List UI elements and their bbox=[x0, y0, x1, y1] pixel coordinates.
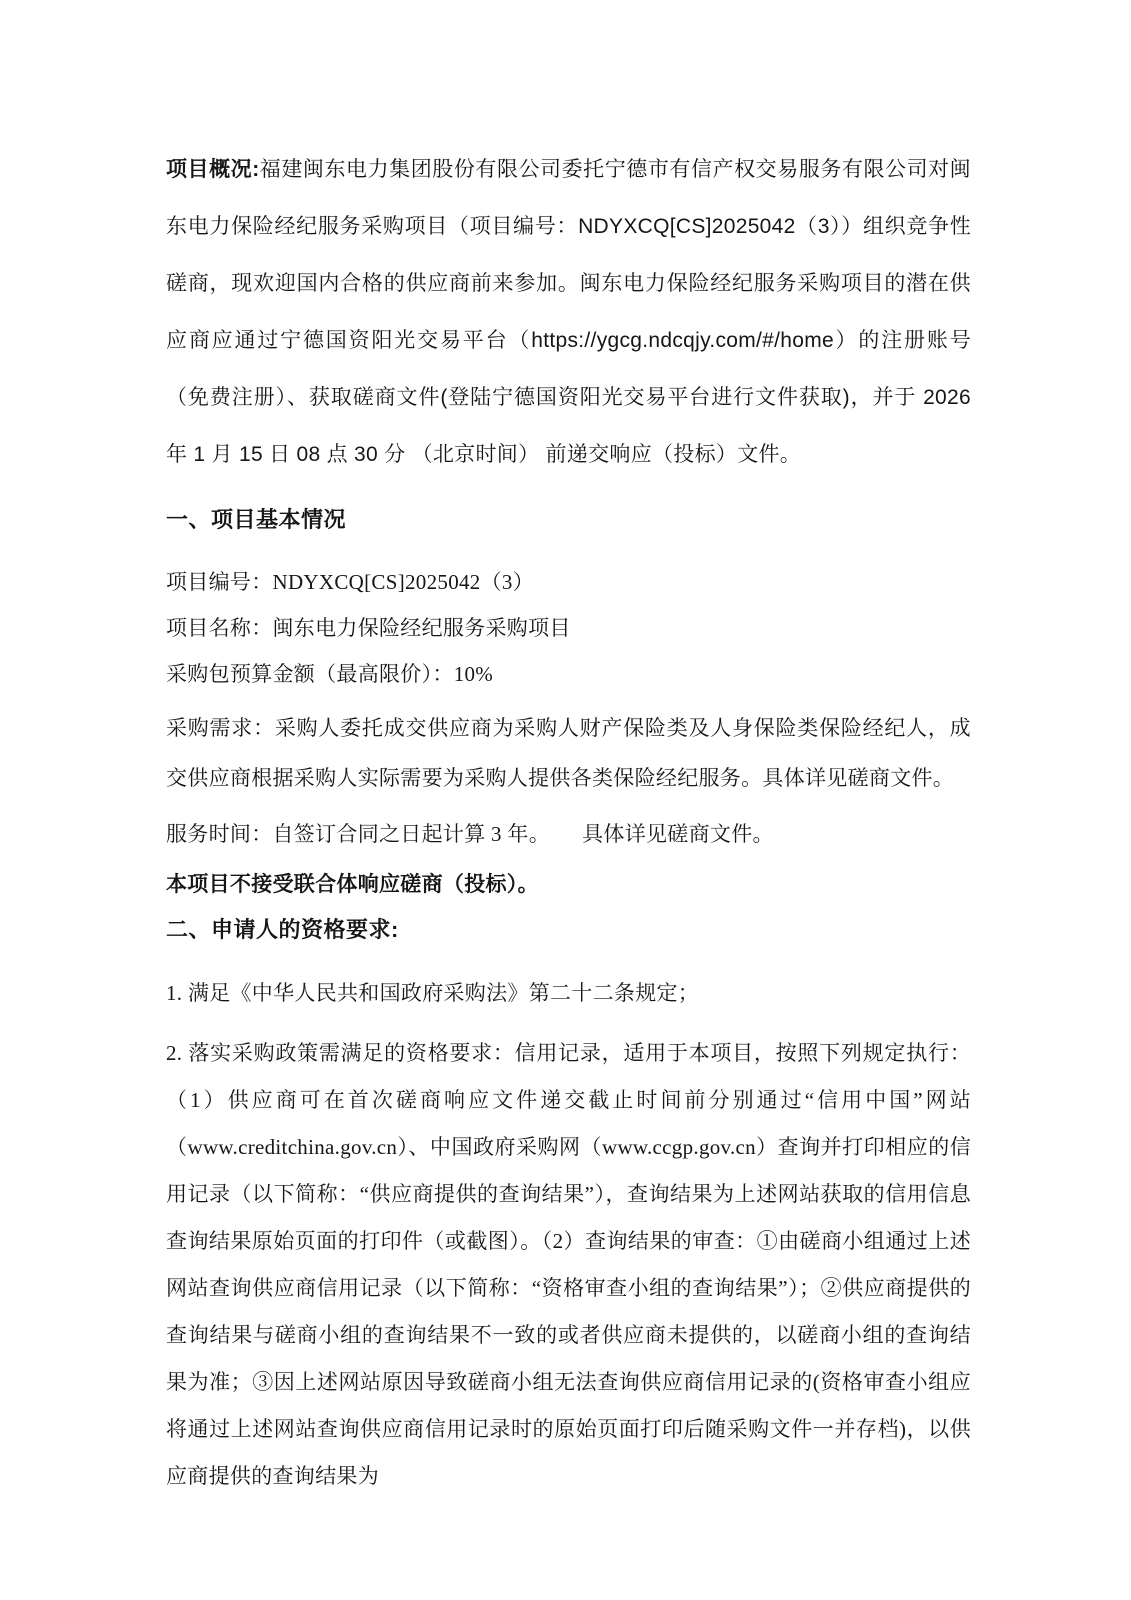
project-name-line: 项目名称：闽东电力保险经纪服务采购项目 bbox=[166, 605, 971, 651]
qualification-item-1: 1. 满足《中华人民共和国政府采购法》第二十二条规定； bbox=[166, 973, 971, 1013]
section-heading-basic-info: 一、项目基本情况 bbox=[166, 504, 971, 536]
project-overview-paragraph: 项目概况:福建闽东电力集团股份有限公司委托宁德市有信产权交易服务有限公司对闽东电… bbox=[166, 141, 971, 483]
document-content: 项目概况:福建闽东电力集团股份有限公司委托宁德市有信产权交易服务有限公司对闽东电… bbox=[0, 0, 1131, 1500]
procurement-demand-paragraph: 采购需求：采购人委托成交供应商为采购人财产保险类及人身保险类保险经纪人，成交供应… bbox=[166, 703, 971, 803]
service-period-line: 服务时间：自签订合同之日起计算 3 年。 具体详见磋商文件。 bbox=[166, 811, 971, 857]
project-number-line: 项目编号：NDYXCQ[CS]2025042（3） bbox=[166, 559, 971, 605]
qualification-item-2: 2. 落实采购政策需满足的资格要求：信用记录，适用于本项目，按照下列规定执行：（… bbox=[166, 1030, 971, 1500]
project-overview-label: 项目概况: bbox=[166, 158, 260, 181]
document-page: 项目概况:福建闽东电力集团股份有限公司委托宁德市有信产权交易服务有限公司对闽东电… bbox=[0, 0, 1131, 1600]
project-overview-text: 福建闽东电力集团股份有限公司委托宁德市有信产权交易服务有限公司对闽东电力保险经纪… bbox=[166, 158, 971, 466]
consortium-not-accepted-note: 本项目不接受联合体响应磋商（投标）。 bbox=[166, 863, 971, 905]
budget-cap-line: 采购包预算金额（最高限价）：10% bbox=[166, 651, 971, 697]
section-heading-qualification: 二、申请人的资格要求: bbox=[166, 914, 971, 946]
